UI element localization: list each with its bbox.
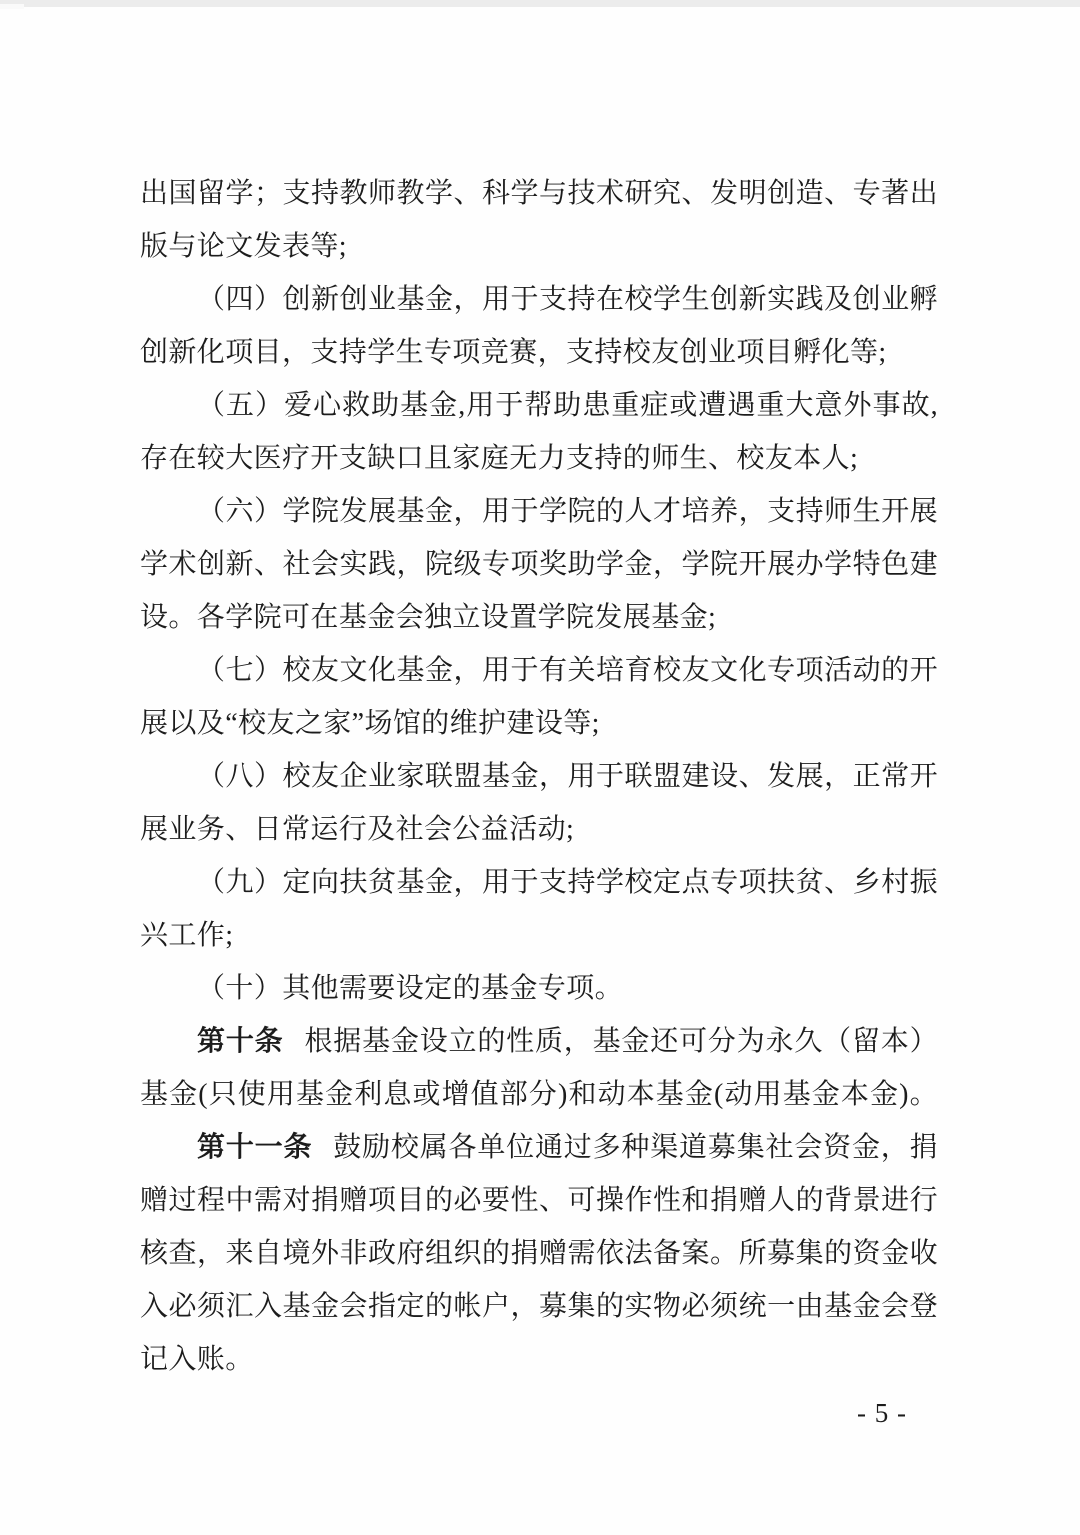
text-line-item-eight: （八）校友企业家联盟基金，用于联盟建设、发展，正常开 xyxy=(140,750,938,803)
text-line: 出国留学；支持教师教学、科学与技术研究、发明创造、专著出 xyxy=(140,167,938,220)
scan-artifact-notch xyxy=(0,4,24,9)
text-line: 入必须汇入基金会指定的帐户，募集的实物必须统一由基金会登 xyxy=(140,1280,938,1333)
text-line-item-seven: （七）校友文化基金，用于有关培育校友文化专项活动的开 xyxy=(140,644,938,697)
document-body: 出国留学；支持教师教学、科学与技术研究、发明创造、专著出 版与论文发表等; （四… xyxy=(140,167,938,1386)
text-line: 展业务、日常运行及社会公益活动; xyxy=(140,803,938,856)
text-line-item-six: （六）学院发展基金，用于学院的人才培养，支持师生开展 xyxy=(140,485,938,538)
page-number: - 5 - xyxy=(857,1398,907,1429)
text-line: 设。各学院可在基金会独立设置学院发展基金; xyxy=(140,591,938,644)
text-line: 存在较大医疗开支缺口且家庭无力支持的师生、校友本人; xyxy=(140,432,938,485)
text-line: 兴工作; xyxy=(140,909,938,962)
document-page: 出国留学；支持教师教学、科学与技术研究、发明创造、专著出 版与论文发表等; （四… xyxy=(0,0,1080,1535)
text-line: 记入账。 xyxy=(140,1333,938,1386)
article-ten-heading: 第十条 xyxy=(197,1026,283,1057)
text-line: 基金(只使用基金利息或增值部分)和动本基金(动用基金本金)。 xyxy=(140,1068,938,1121)
text-line: 赠过程中需对捐赠项目的必要性、可操作性和捐赠人的背景进行 xyxy=(140,1174,938,1227)
article-eleven-heading: 第十一条 xyxy=(197,1132,312,1163)
text-line: 创新化项目，支持学生专项竞赛，支持校友创业项目孵化等; xyxy=(140,326,938,379)
text-line-item-ten: （十）其他需要设定的基金专项。 xyxy=(140,962,938,1015)
text-line-article-ten: 第十条根据基金设立的性质，基金还可分为永久（留本） xyxy=(140,1015,938,1068)
text-line: 学术创新、社会实践，院级专项奖助学金，学院开展办学特色建 xyxy=(140,538,938,591)
text-line: 核查，来自境外非政府组织的捐赠需依法备案。所募集的资金收 xyxy=(140,1227,938,1280)
scan-artifact-band xyxy=(0,0,1080,7)
text-line: 展以及“校友之家”场馆的维护建设等; xyxy=(140,697,938,750)
text-line-item-four: （四）创新创业基金，用于支持在校学生创新实践及创业孵 xyxy=(140,273,938,326)
text-line-item-five: （五）爱心救助基金,用于帮助患重症或遭遇重大意外事故, xyxy=(140,379,938,432)
text-line-item-nine: （九）定向扶贫基金，用于支持学校定点专项扶贫、乡村振 xyxy=(140,856,938,909)
text-line: 版与论文发表等; xyxy=(140,220,938,273)
text-line-article-eleven: 第十一条鼓励校属各单位通过多种渠道募集社会资金，捐 xyxy=(140,1121,938,1174)
